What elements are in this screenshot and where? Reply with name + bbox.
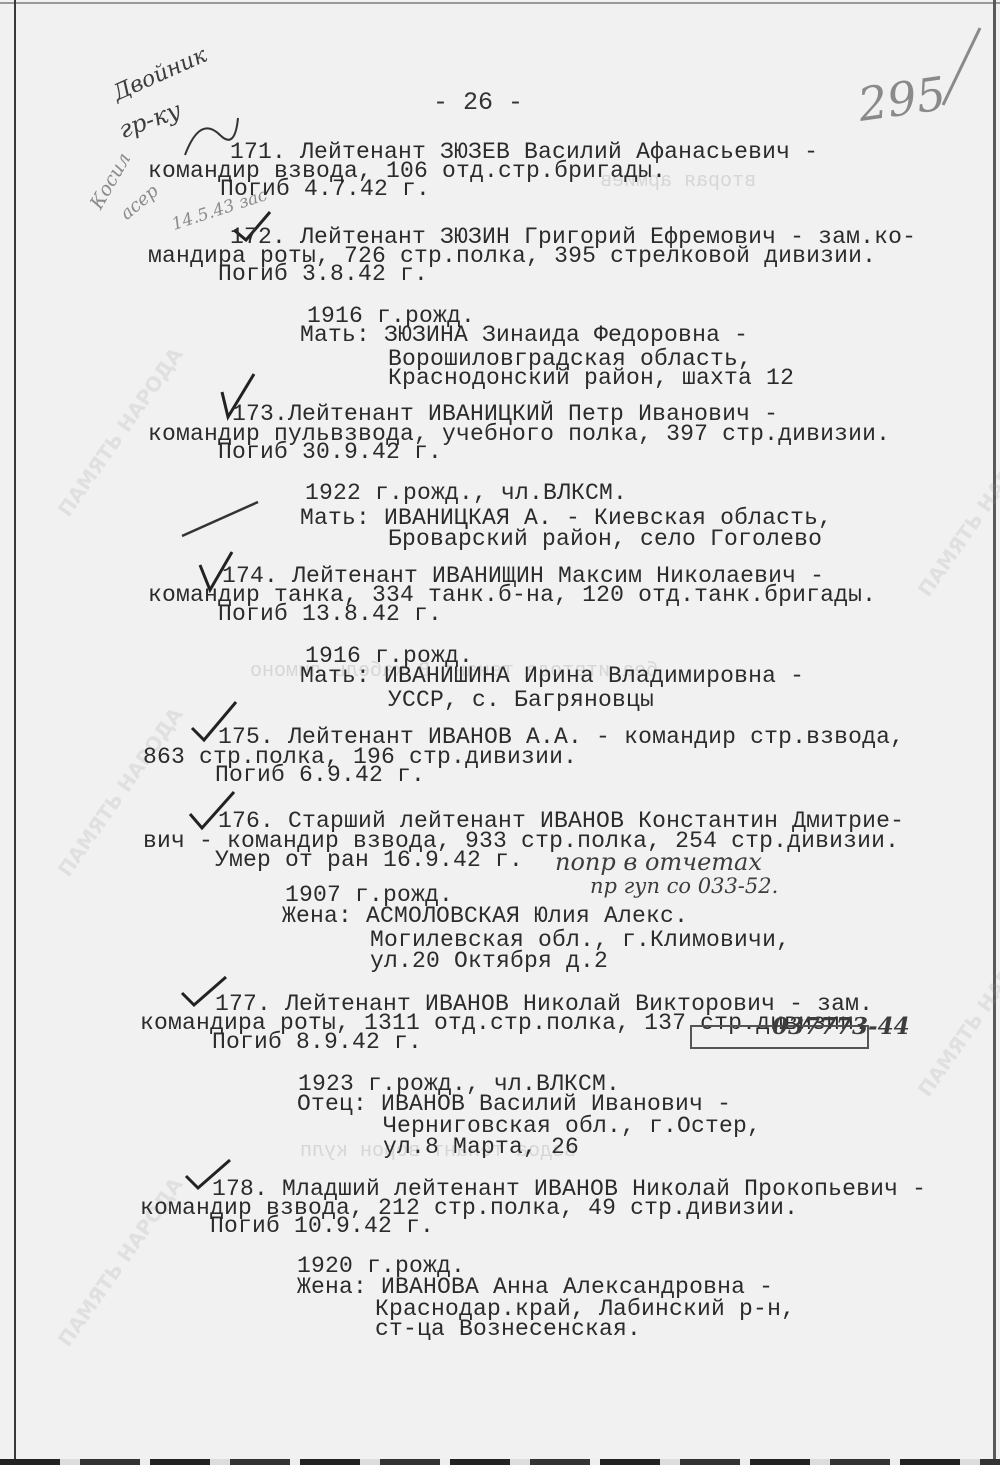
entry-174-relative: Мать: ИВАНИШИНА Ирина Владимировна - [300,665,804,688]
entry-178-address-2: ст-ца Вознесенская. [375,1318,641,1341]
page-left-edge [14,0,16,1465]
entry-173-line-3: Погиб 30.9.42 г. [218,441,442,464]
entry-175-line-3: Погиб 6.9.42 г. [215,764,425,787]
page-right-edge [993,0,996,1465]
pen-stroke-icon [180,498,260,538]
handwritten-correction-note: пр гуп со 033-52. [590,874,778,898]
entry-176-address-2: ул.20 Октября д.2 [370,950,608,973]
slash-mark-icon [925,20,985,120]
watermark: ПАМЯТЬ НАРОДА [53,703,188,881]
entry-172-relative: Мать: ЗЮЗИНА Зинаида Федоровна - [300,324,748,347]
entry-174-address-1: УССР, с. Багряновцы [388,689,654,712]
entry-178-line-3: Погиб 10.9.42 г. [210,1215,434,1238]
page-number: - 26 - [433,88,523,117]
page-top-edge [0,2,1000,4]
handwritten-note-line: Двойник [109,43,210,106]
watermark: ПАМЯТЬ НАРОДА [913,923,1000,1101]
entry-172-line-3: Погиб 3.8.42 г. [218,263,428,286]
entry-177-line-3: Погиб 8.9.42 г. [212,1031,422,1054]
handwritten-note-line: асер [116,181,162,225]
entry-173-address-1: Броварский район, село Гоголево [388,528,822,551]
page-bottom-edge [0,1459,1000,1465]
handwritten-archive-number: 037773-44 [772,1013,910,1040]
handwritten-correction-note: попр в отчетах [555,848,762,876]
entry-174-line-3: Погиб 13.8.42 г. [218,603,442,626]
entry-177-address-2: ул.8 Марта, 26 [383,1136,579,1159]
entry-172-address-2: Краснодонский район, шахта 12 [388,367,794,390]
entry-176-relative: Жена: АСМОЛОВСКАЯ Юлия Алекс. [282,905,688,928]
entry-176-line-3: Умер от ран 16.9.42 г. [215,849,523,872]
entry-171-line-3: Погиб 4.7.42 г. [220,178,430,201]
entry-173-birth: 1922 г.рожд., чл.ВЛКСМ. [305,482,627,505]
document-page: ПАМЯТЬ НАРОДА ПАМЯТЬ НАРОДА ПАМЯТЬ НАРОД… [0,0,1000,1465]
watermark: ПАМЯТЬ НАРОДА [913,423,1000,601]
